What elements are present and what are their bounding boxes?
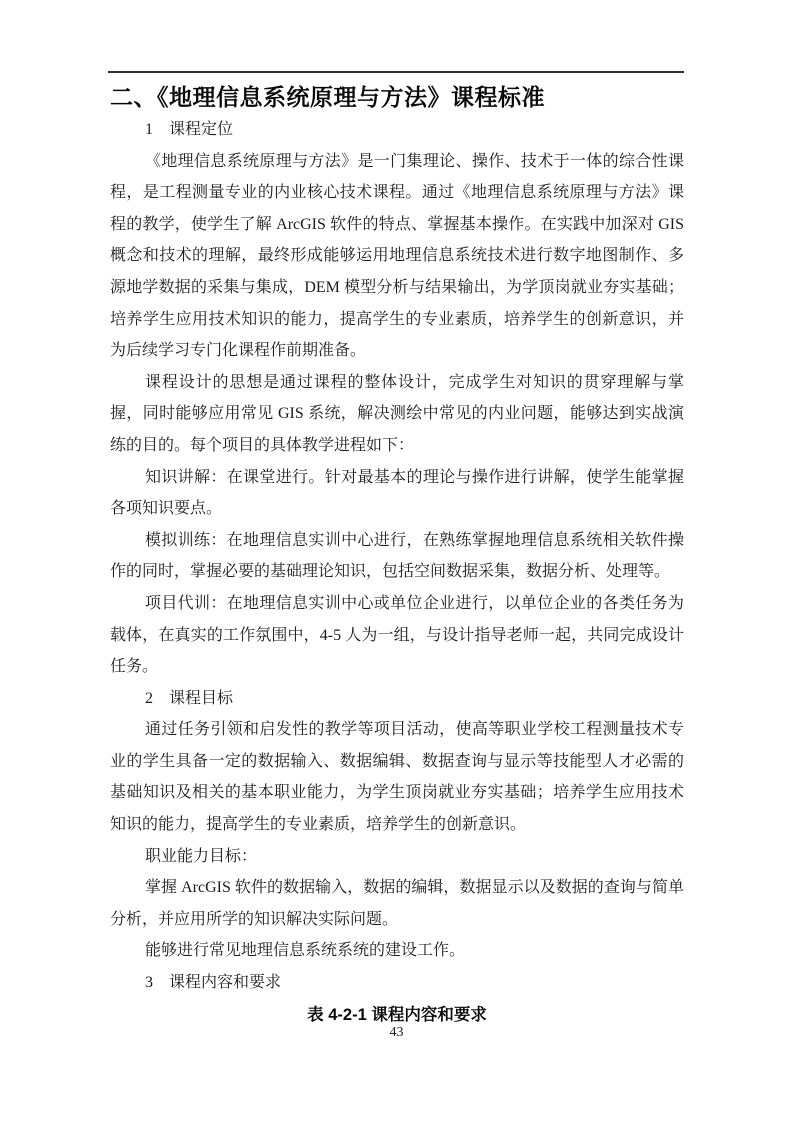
page-title: 二、《地理信息系统原理与方法》课程标准	[110, 82, 684, 112]
section-heading-3: 3 课程内容和要求	[110, 967, 684, 999]
table-caption: 表 4-2-1 课程内容和要求	[110, 1004, 684, 1026]
section-heading-1: 1 课程定位	[110, 114, 684, 146]
paragraph-gis-construction: 能够进行常见地理信息系统系统的建设工作。	[110, 935, 684, 967]
paragraph-course-design: 课程设计的思想是通过课程的整体设计，完成学生对知识的贯穿理解与掌握，同时能够应用…	[110, 367, 684, 462]
paragraph-knowledge-explain: 知识讲解：在课堂进行。针对最基本的理论与操作进行讲解，使学生能掌握各项知识要点。	[110, 462, 684, 525]
header-rule	[108, 71, 684, 73]
page-content: 二、《地理信息系统原理与方法》课程标准 1 课程定位 《地理信息系统原理与方法》…	[110, 82, 684, 1026]
document-page: 二、《地理信息系统原理与方法》课程标准 1 课程定位 《地理信息系统原理与方法》…	[0, 0, 793, 1122]
paragraph-arcgis-skills: 掌握 ArcGIS 软件的数据输入，数据的编辑，数据显示以及数据的查询与简单分析…	[110, 872, 684, 935]
paragraph-course-goal: 通过任务引领和启发性的教学等项目活动，使高等职业学校工程测量技术专业的学生具备一…	[110, 714, 684, 840]
page-number: 43	[0, 1025, 793, 1041]
paragraph-vocational-ability-label: 职业能力目标：	[110, 841, 684, 873]
section-heading-2: 2 课程目标	[110, 683, 684, 715]
paragraph-project-training: 项目代训：在地理信息实训中心或单位企业进行，以单位企业的各类任务为载体，在真实的…	[110, 588, 684, 683]
paragraph-course-position-1: 《地理信息系统原理与方法》是一门集理论、操作、技术于一体的综合性课程，是工程测量…	[110, 146, 684, 367]
paragraph-simulation-training: 模拟训练：在地理信息实训中心进行，在熟练掌握地理信息系统相关软件操作的同时，掌握…	[110, 525, 684, 588]
